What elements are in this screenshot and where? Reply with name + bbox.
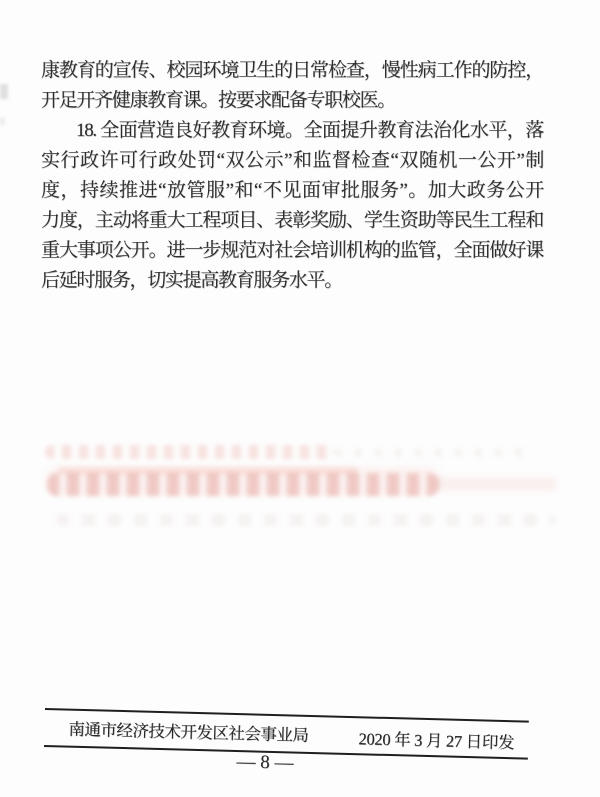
text-line: 重大事项公开。进一步规范对社会培训机构的监管，全面做好课	[41, 236, 543, 266]
text-line: 18. 全面营造良好教育环境。全面提升教育法治化水平，落	[41, 116, 543, 146]
text-line: 康教育的宣传、校园环境卫生的日常检查，慢性病工作的防控，	[41, 56, 543, 86]
text-line: 实行政许可行政处罚“双公示”和监督检查“双随机一公开”制	[41, 146, 543, 176]
text-line: 度，持续推进“放管服”和“不见面审批服务”。加大政务公开	[41, 176, 543, 206]
paragraph-continuation: 康教育的宣传、校园环境卫生的日常检查，慢性病工作的防控， 开足开齐健康教育课。按…	[41, 56, 543, 116]
page-number: — 8 —	[200, 751, 330, 776]
ink-bleed-mark	[335, 448, 525, 457]
scan-artifact	[0, 118, 5, 125]
text-line: 力度，主动将重大工程项目、表彰奖励、学生资助等民生工程和	[41, 206, 543, 236]
ink-bleed-mark	[58, 467, 358, 475]
text-line: 开足开齐健康教育课。按要求配备专职校医。	[41, 86, 543, 116]
ink-bleed-mark	[432, 477, 557, 491]
ink-bleed-mark	[47, 473, 439, 496]
scan-artifact	[0, 84, 8, 99]
text-line: 后延时服务，切实提高教育服务水平。	[41, 266, 543, 296]
paragraph-18: 18. 全面营造良好教育环境。全面提升教育法治化水平，落 实行政许可行政处罚“双…	[41, 116, 543, 296]
body-text: 康教育的宣传、校园环境卫生的日常检查，慢性病工作的防控， 开足开齐健康教育课。按…	[41, 56, 543, 296]
issuing-organization: 南通市经济技术开发区社会事业局	[68, 716, 309, 746]
ink-bleed-mark	[56, 514, 556, 526]
ink-bleed-mark	[45, 445, 335, 459]
scanned-document-page: 康教育的宣传、校园环境卫生的日常检查，慢性病工作的防控， 开足开齐健康教育课。按…	[0, 0, 600, 797]
print-date: 2020 年 3 月 27 日印发	[358, 725, 514, 753]
